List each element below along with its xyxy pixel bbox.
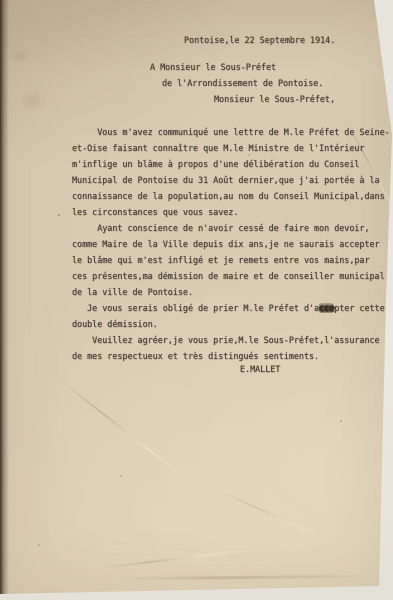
letter-line-accept: Je vous serais obligé de prier M.le Préf…: [72, 300, 390, 316]
letter-dateline: Pontoise,le 22 Septembre 1914.: [184, 32, 335, 48]
letter-line: le blâme qui m'est infligé et je remets …: [72, 252, 390, 268]
accept-line-post: pter cette: [334, 303, 384, 313]
paper-bottom-fold: [120, 575, 370, 581]
letter-line: connaissance de la population,au nom du …: [72, 188, 390, 204]
letter-paper: Pontoise,le 22 Septembre 1914. A Monsieu…: [0, 0, 393, 600]
letter-line: Veuillez agréer,je vous prie,M.le Sous-P…: [72, 332, 390, 348]
letter-line: de mes respectueux et très distingués se…: [72, 348, 390, 364]
paper-stain: [8, 48, 30, 64]
letter-line: et-Oise faisant connaître que M.le Minis…: [72, 140, 390, 156]
letter-line: Ayant conscience de n'avoir cessé de fai…: [72, 220, 390, 236]
letter-line: ces présentes,ma démission de maire et d…: [72, 268, 390, 284]
paper-stain: [18, 90, 48, 112]
paper-specks: [58, 214, 60, 216]
letter-line: m'inflige un blâme à propos d'une délibé…: [72, 156, 390, 172]
paper-left-edge-shadow: [0, 0, 9, 600]
letter-line: double démission.: [72, 316, 390, 332]
letter-line: comme Maire de la Ville depuis dix ans,j…: [72, 236, 390, 252]
paper-crease: [100, 549, 249, 569]
letter-signature: E.MALLET: [240, 361, 280, 377]
letter-line: de la ville de Pontoise.: [72, 284, 390, 300]
scanned-letter-photo: Pontoise,le 22 Septembre 1914. A Monsieu…: [0, 0, 393, 600]
letter-body: Vous m'avez communiqué une lettre de M.l…: [72, 124, 390, 364]
letter-line: Municipal de Pontoise du 31 Août dernier…: [72, 172, 390, 188]
letter-recipient-line-2: de l'Arrondissement de Pontoise.: [162, 75, 323, 91]
overstruck-correction: cce: [319, 303, 334, 313]
accept-line-pre: Je vous serais obligé de prier M.le Préf…: [72, 303, 319, 313]
letter-line: les circonstances que vous savez.: [72, 204, 390, 220]
letter-line: Vous m'avez communiqué une lettre de M.l…: [72, 124, 390, 140]
paper-crease: [57, 378, 192, 484]
paper-crease: [215, 489, 335, 544]
letter-recipient-line-1: A Monsieur le Sous-Préfet: [150, 59, 276, 75]
letter-salutation: Monsieur le Sous-Préfet,: [214, 91, 335, 107]
